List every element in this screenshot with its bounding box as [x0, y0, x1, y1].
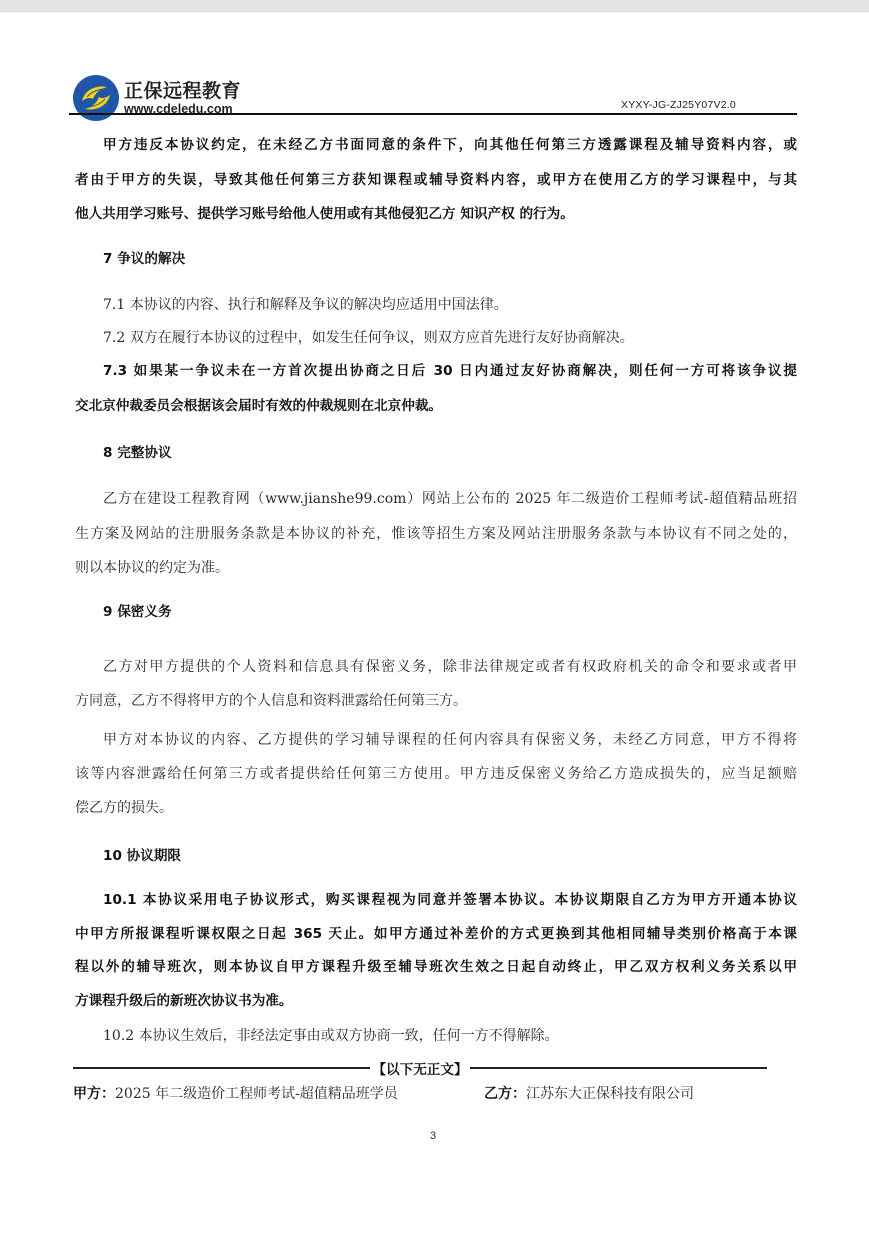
paragraph-line: 生方案及网站的注册服务条款是本协议的补充，惟该等招生方案及网站注册服务条款与本协… [75, 525, 797, 543]
divider-dash-right [470, 1067, 767, 1069]
section-heading-8: 8 完整协议 [103, 444, 172, 462]
clause-10-2: 10.2 本协议生效后，非经法定事由或双方协商一致，任何一方不得解除。 [103, 1027, 559, 1045]
party-a-value: 2025 年二级造价工程师考试-超值精品班学员 [115, 1086, 398, 1102]
clause-10-1-line: 中甲方所报课程听课权限之日起 365 天止。如甲方通过补差价的方式更换到其他相同… [75, 925, 797, 943]
section-heading-9: 9 保密义务 [103, 603, 172, 621]
paragraph-line: 则以本协议的约定为准。 [75, 559, 229, 577]
paragraph-line: 者由于甲方的失误，导致其他任何第三方获知课程或辅导资料内容，或甲方在使用乙方的学… [75, 171, 797, 189]
party-b-label: 乙方： [484, 1086, 526, 1102]
party-a-signature: 甲方：2025 年二级造价工程师考试-超值精品班学员 [73, 1085, 398, 1103]
logo-company-name: 正保远程教育 [124, 80, 241, 102]
clause-10-1-line: 程以外的辅导班次，则本协议自甲方课程升级至辅导班次生效之日起自动终止，甲乙双方权… [75, 958, 797, 976]
paragraph-line: 甲方对本协议的内容、乙方提供的学习辅导课程的任何内容具有保密义务，未经乙方同意，… [103, 731, 797, 749]
divider-dash-left [73, 1067, 370, 1069]
paragraph-line: 他人共用学习账号、提供学习账号给他人使用或有其他侵犯乙方 知识产权 的行为。 [75, 205, 574, 223]
clause-10-1-line: 10.1 本协议采用电子协议形式，购买课程视为同意并签署本协议。本协议期限自乙方… [103, 891, 797, 909]
clause-7-1: 7.1 本协议的内容、执行和解释及争议的解决均应适用中国法律。 [103, 296, 508, 314]
clause-7-2: 7.2 双方在履行本协议的过程中，如发生任何争议，则双方应首先进行友好协商解决。 [103, 329, 634, 347]
viewer-top-bar [0, 0, 869, 12]
end-of-text-divider: 【以下无正文】 [73, 1058, 767, 1078]
section-heading-10: 10 协议期限 [103, 847, 181, 865]
page-number: 3 [430, 1130, 436, 1142]
clause-7-3-line: 7.3 如果某一争议未在一方首次提出协商之日后 30 日内通过友好协商解决，则任… [103, 362, 797, 380]
paragraph-line: 该等内容泄露给任何第三方或者提供给任何第三方使用。甲方违反保密义务给乙方造成损失… [75, 765, 797, 783]
party-b-value: 江苏东大正保科技有限公司 [526, 1086, 694, 1102]
clause-10-1-line: 方课程升级后的新班次协议书为准。 [75, 992, 293, 1010]
header-divider [69, 113, 797, 115]
party-a-label: 甲方： [73, 1086, 115, 1102]
document-code: XYXY-JG-ZJ25Y07V2.0 [621, 99, 736, 111]
paragraph-line: 乙方对甲方提供的个人资料和信息具有保密义务，除非法律规定或者有权政府机关的命令和… [103, 658, 797, 676]
section-heading-7: 7 争议的解决 [103, 250, 185, 268]
paragraph-line: 乙方在建设工程教育网（www.jianshe99.com）网站上公布的 2025… [103, 490, 797, 508]
paragraph-line: 偿乙方的损失。 [75, 799, 173, 817]
paragraph-line: 甲方违反本协议约定，在未经乙方书面同意的条件下，向其他任何第三方透露课程及辅导资… [103, 136, 797, 154]
clause-7-3-line: 交北京仲裁委员会根据该会届时有效的仲裁规则在北京仲裁。 [75, 397, 442, 415]
divider-label: 【以下无正文】 [370, 1058, 469, 1078]
paragraph-line: 方同意，乙方不得将甲方的个人信息和资料泄露给任何第三方。 [75, 692, 467, 710]
party-b-signature: 乙方：江苏东大正保科技有限公司 [484, 1085, 694, 1103]
